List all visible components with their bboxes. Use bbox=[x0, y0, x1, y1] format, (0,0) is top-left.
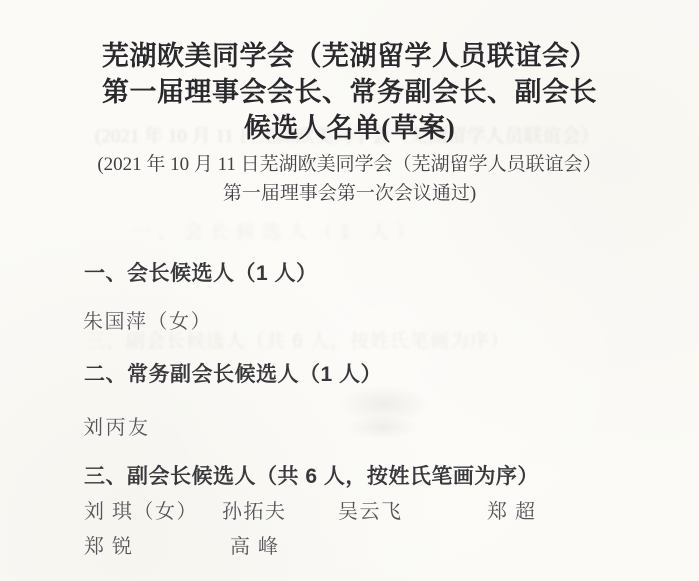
document-title: 芜湖欧美同学会（芜湖留学人员联谊会） 第一届理事会会长、常务副会长、副会长 候选… bbox=[0, 38, 699, 146]
scanned-document-page: (2021 年 10 月 11 日芜湖欧美同学会（芜湖留学人员联谊会） 一、会长… bbox=[0, 0, 699, 581]
adoption-note-line-1: (2021 年 10 月 11 日芜湖欧美同学会（芜湖留学人员联谊会） bbox=[0, 150, 699, 179]
candidate-name: 孙拓夫 bbox=[222, 495, 287, 524]
candidate-name: 高 峰 bbox=[230, 530, 280, 559]
candidate-name: 郑 锐 bbox=[84, 530, 134, 559]
section-heading-executive-vice-president: 二、常务副会长候选人（1 人） bbox=[84, 358, 382, 388]
section-heading-president: 一、会长候选人（1 人） bbox=[84, 257, 318, 287]
adoption-note: (2021 年 10 月 11 日芜湖欧美同学会（芜湖留学人员联谊会） 第一届理… bbox=[0, 150, 699, 208]
scan-smudge bbox=[348, 415, 418, 439]
candidate-name: 吴云飞 bbox=[338, 495, 403, 524]
candidate-name: 郑 超 bbox=[487, 495, 537, 524]
candidate-name: 刘 琪（女） bbox=[84, 495, 198, 524]
candidate-name: 朱国萍（女） bbox=[83, 305, 212, 334]
adoption-note-line-2: 第一届理事会第一次会议通过) bbox=[0, 179, 699, 208]
document-title-line-2: 第一届理事会会长、常务副会长、副会长 bbox=[0, 74, 699, 110]
candidate-name: 刘丙友 bbox=[83, 411, 151, 440]
section-heading-vice-presidents: 三、副会长候选人（共 6 人，按姓氏笔画为序） bbox=[84, 460, 539, 490]
document-title-line-3: 候选人名单(草案) bbox=[0, 110, 699, 146]
scan-smudge bbox=[340, 385, 430, 423]
document-title-line-1: 芜湖欧美同学会（芜湖留学人员联谊会） bbox=[0, 38, 699, 74]
bleedthrough-text-2: 一、会长候选人（1 人） bbox=[132, 217, 422, 244]
